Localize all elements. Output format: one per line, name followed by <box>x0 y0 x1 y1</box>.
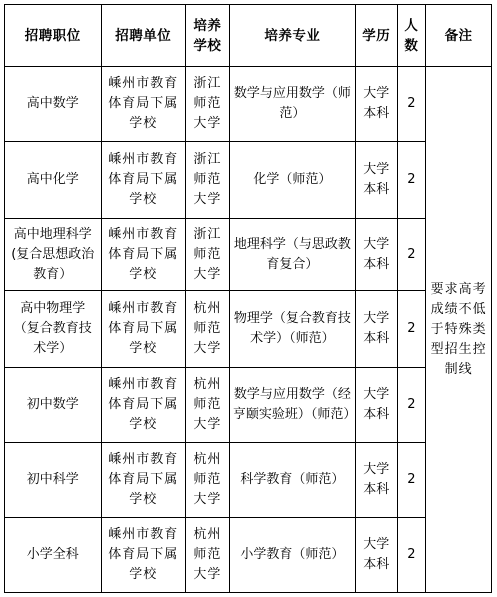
cell-school: 杭州师范大学 <box>185 291 229 368</box>
cell-unit: 嵊州市教育体育局下属学校 <box>101 518 185 593</box>
cell-major: 数学与应用数学（师范） <box>229 67 355 142</box>
header-major: 培养专业 <box>229 5 355 67</box>
header-count: 人数 <box>397 5 426 67</box>
cell-education: 大学本科 <box>355 443 397 518</box>
table-row: 高中数学 嵊州市教育体育局下属学校 浙江师范大学 数学与应用数学（师范） 大学本… <box>5 67 492 142</box>
cell-unit: 嵊州市教育体育局下属学校 <box>101 219 185 291</box>
cell-count: 2 <box>397 142 426 219</box>
cell-unit: 嵊州市教育体育局下属学校 <box>101 67 185 142</box>
table-row: 高中物理学（复合教育技术学） 嵊州市教育体育局下属学校 杭州师范大学 物理学（复… <box>5 291 492 368</box>
cell-major: 地理科学（与思政教育复合） <box>229 219 355 291</box>
cell-count: 2 <box>397 368 426 443</box>
table-row: 高中地理科学(复合思想政治教育） 嵊州市教育体育局下属学校 浙江师范大学 地理科… <box>5 219 492 291</box>
table-row: 初中科学 嵊州市教育体育局下属学校 杭州师范大学 科学教育（师范） 大学本科 2 <box>5 443 492 518</box>
cell-count: 2 <box>397 67 426 142</box>
cell-position: 高中化学 <box>5 142 102 219</box>
cell-school: 杭州师范大学 <box>185 518 229 593</box>
cell-unit: 嵊州市教育体育局下属学校 <box>101 291 185 368</box>
table-row: 初中数学 嵊州市教育体育局下属学校 杭州师范大学 数学与应用数学（经亨颐实验班）… <box>5 368 492 443</box>
cell-position: 高中物理学（复合教育技术学） <box>5 291 102 368</box>
cell-education: 大学本科 <box>355 142 397 219</box>
cell-education: 大学本科 <box>355 291 397 368</box>
cell-unit: 嵊州市教育体育局下属学校 <box>101 368 185 443</box>
table-row: 小学全科 嵊州市教育体育局下属学校 杭州师范大学 小学教育（师范） 大学本科 2 <box>5 518 492 593</box>
cell-position: 初中数学 <box>5 368 102 443</box>
header-row: 招聘职位 招聘单位 培养学校 培养专业 学历 人数 备注 <box>5 5 492 67</box>
cell-education: 大学本科 <box>355 368 397 443</box>
header-school: 培养学校 <box>185 5 229 67</box>
cell-school: 杭州师范大学 <box>185 368 229 443</box>
cell-school: 浙江师范大学 <box>185 67 229 142</box>
table-row: 高中化学 嵊州市教育体育局下属学校 浙江师范大学 化学（师范） 大学本科 2 <box>5 142 492 219</box>
cell-education: 大学本科 <box>355 67 397 142</box>
cell-position: 高中地理科学(复合思想政治教育） <box>5 219 102 291</box>
cell-note: 要求高考成绩不低于特殊类型招生控制线 <box>426 67 492 593</box>
cell-unit: 嵊州市教育体育局下属学校 <box>101 443 185 518</box>
cell-position: 小学全科 <box>5 518 102 593</box>
cell-unit: 嵊州市教育体育局下属学校 <box>101 142 185 219</box>
cell-count: 2 <box>397 518 426 593</box>
cell-count: 2 <box>397 443 426 518</box>
cell-count: 2 <box>397 219 426 291</box>
cell-count: 2 <box>397 291 426 368</box>
recruitment-table: 招聘职位 招聘单位 培养学校 培养专业 学历 人数 备注 高中数学 嵊州市教育体… <box>4 4 492 593</box>
cell-education: 大学本科 <box>355 518 397 593</box>
header-education: 学历 <box>355 5 397 67</box>
cell-school: 浙江师范大学 <box>185 219 229 291</box>
cell-school: 杭州师范大学 <box>185 443 229 518</box>
cell-major: 科学教育（师范） <box>229 443 355 518</box>
cell-position: 初中科学 <box>5 443 102 518</box>
cell-major: 物理学（复合教育技术学）（师范） <box>229 291 355 368</box>
cell-major: 小学教育（师范） <box>229 518 355 593</box>
header-unit: 招聘单位 <box>101 5 185 67</box>
header-note: 备注 <box>426 5 492 67</box>
cell-position: 高中数学 <box>5 67 102 142</box>
cell-school: 浙江师范大学 <box>185 142 229 219</box>
cell-major: 化学（师范） <box>229 142 355 219</box>
header-position: 招聘职位 <box>5 5 102 67</box>
cell-major: 数学与应用数学（经亨颐实验班）（师范） <box>229 368 355 443</box>
cell-education: 大学本科 <box>355 219 397 291</box>
